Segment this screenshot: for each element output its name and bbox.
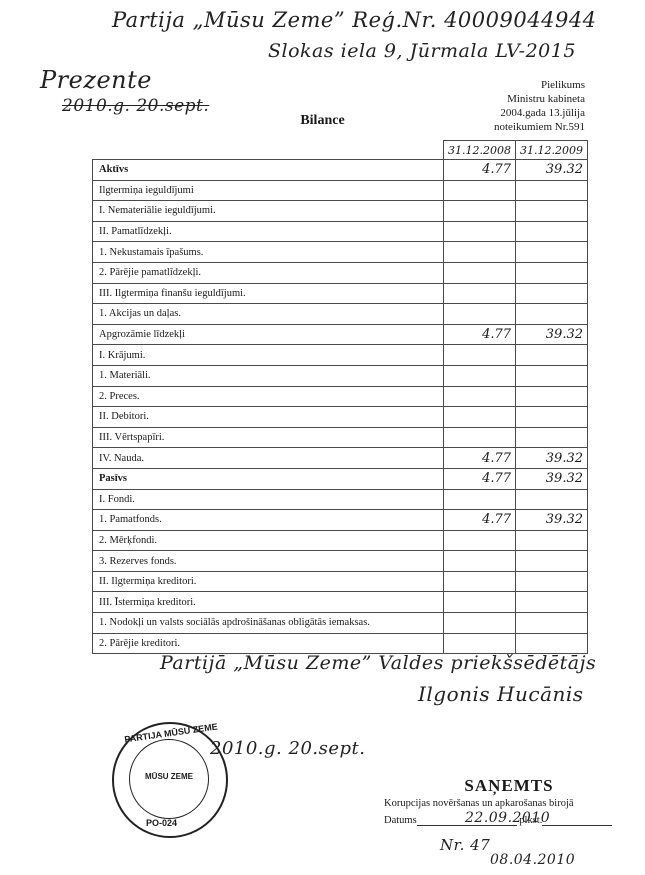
- value-2008: [444, 613, 516, 634]
- seal-inner-ring: MŪSU ZEME: [129, 739, 209, 819]
- handwritten-signature-title: Partijā „Mūsu Zeme” Valdes priekšsēdētāj…: [160, 652, 596, 674]
- received-office: Korupcijas novēršanas un apkarošanas bir…: [384, 798, 634, 809]
- table-row: Apgrozāmie līdzekļi4.7739.32: [93, 324, 588, 345]
- value-2009: [516, 571, 588, 592]
- received-time-line: [542, 815, 612, 826]
- value-2009: [516, 221, 588, 242]
- table-row: I. Krājumi.: [93, 345, 588, 366]
- handwritten-signature-date: 2010.g. 20.sept.: [210, 738, 366, 759]
- party-seal: PARTIJA MŪSU ZEME MŪSU ZEME PO-024: [112, 722, 228, 838]
- value-2008: [444, 633, 516, 654]
- table-row: III. Īstermiņa kreditori.: [93, 592, 588, 613]
- value-2008: 4.77: [444, 448, 516, 469]
- table-row: Aktīvs4.7739.32: [93, 160, 588, 181]
- value-2008: [444, 530, 516, 551]
- value-2009: [516, 180, 588, 201]
- table-row: 2. Mērķfondi.: [93, 530, 588, 551]
- value-2009: [516, 283, 588, 304]
- table-header-row: 31.12.2008 31.12.2009: [93, 141, 588, 160]
- value-2009: [516, 262, 588, 283]
- value-2008: [444, 407, 516, 428]
- value-2008: [444, 221, 516, 242]
- row-label: 3. Rezerves fonds.: [93, 551, 444, 572]
- handwritten-received-date: 22.09.2010: [465, 810, 550, 826]
- handwritten-signature-name: Ilgonis Hucānis: [418, 682, 584, 706]
- value-2009: 39.32: [516, 160, 588, 181]
- value-2008: 4.77: [444, 324, 516, 345]
- handwritten-left-note-name: Prezente: [40, 66, 152, 94]
- value-2009: [516, 345, 588, 366]
- row-label: 2. Mērķfondi.: [93, 530, 444, 551]
- table-row: 1. Akcijas un daļas.: [93, 304, 588, 325]
- value-2008: [444, 345, 516, 366]
- row-label: I. Krājumi.: [93, 345, 444, 366]
- table-row: 1. Nekustamais īpašums.: [93, 242, 588, 263]
- header-label-cell: [93, 141, 444, 160]
- seal-code: PO-024: [146, 818, 177, 828]
- handwritten-address-line: Slokas iela 9, Jūrmala LV-2015: [268, 40, 576, 62]
- table-row: I. Nemateriālie ieguldījumi.: [93, 201, 588, 222]
- value-2009: 39.32: [516, 324, 588, 345]
- row-label: 2. Pārējie kreditori.: [93, 633, 444, 654]
- value-2008: [444, 386, 516, 407]
- table-row: 2. Pārējie kreditori.: [93, 633, 588, 654]
- header-date-2009: 31.12.2009: [516, 141, 588, 160]
- value-2009: [516, 530, 588, 551]
- table-row: Pasīvs4.7739.32: [93, 468, 588, 489]
- table-row: II. Pamatlīdzekļi.: [93, 221, 588, 242]
- received-title: SAŅEMTS: [384, 776, 634, 796]
- row-label: 1. Pamatfonds.: [93, 510, 444, 531]
- table-row: III. Vērtspapīri.: [93, 427, 588, 448]
- value-2009: [516, 592, 588, 613]
- handwritten-received-note-date: 08.04.2010: [490, 852, 575, 868]
- annex-line-2: Ministru kabineta: [494, 92, 585, 106]
- row-label: Aktīvs: [93, 160, 444, 181]
- table-row: II. Ilgtermiņa kreditori.: [93, 571, 588, 592]
- row-label: 1. Materiāli.: [93, 365, 444, 386]
- table-row: Ilgtermiņa ieguldījumi: [93, 180, 588, 201]
- value-2009: [516, 242, 588, 263]
- row-label: 1. Akcijas un daļas.: [93, 304, 444, 325]
- value-2008: [444, 489, 516, 510]
- row-label: III. Ilgtermiņa finanšu ieguldījumi.: [93, 283, 444, 304]
- value-2008: 4.77: [444, 468, 516, 489]
- row-label: Pasīvs: [93, 468, 444, 489]
- value-2009: [516, 427, 588, 448]
- value-2009: [516, 489, 588, 510]
- seal-center-text: MŪSU ZEME: [130, 772, 208, 781]
- value-2008: [444, 180, 516, 201]
- table-row: II. Debitori.: [93, 407, 588, 428]
- value-2009: [516, 304, 588, 325]
- handwritten-party-line: Partija „Mūsu Zeme” Reģ.Nr. 40009044944: [112, 8, 597, 32]
- value-2009: 39.32: [516, 468, 588, 489]
- value-2009: [516, 407, 588, 428]
- table-row: IV. Nauda.4.7739.32: [93, 448, 588, 469]
- row-label: Ilgtermiņa ieguldījumi: [93, 180, 444, 201]
- value-2008: [444, 592, 516, 613]
- value-2009: [516, 365, 588, 386]
- row-label: 1. Nodokļi un valsts sociālās apdrošināš…: [93, 613, 444, 634]
- value-2009: [516, 551, 588, 572]
- value-2008: 4.77: [444, 510, 516, 531]
- row-label: 2. Pārējie pamatlīdzekļi.: [93, 262, 444, 283]
- document-title: Bilance: [0, 113, 645, 129]
- received-date-label: Datums: [384, 815, 417, 826]
- value-2008: [444, 242, 516, 263]
- row-label: III. Vērtspapīri.: [93, 427, 444, 448]
- annex-line-1: Pielikums: [494, 78, 585, 92]
- value-2009: [516, 201, 588, 222]
- row-label: I. Fondi.: [93, 489, 444, 510]
- value-2009: [516, 633, 588, 654]
- row-label: III. Īstermiņa kreditori.: [93, 592, 444, 613]
- value-2008: [444, 551, 516, 572]
- table-row: 2. Preces.: [93, 386, 588, 407]
- balance-table: 31.12.2008 31.12.2009 Aktīvs4.7739.32Ilg…: [92, 140, 588, 654]
- row-label: II. Ilgtermiņa kreditori.: [93, 571, 444, 592]
- handwritten-received-number: Nr. 47: [440, 836, 490, 854]
- table-row: 1. Pamatfonds.4.7739.32: [93, 510, 588, 531]
- table-row: 1. Materiāli.: [93, 365, 588, 386]
- value-2008: [444, 571, 516, 592]
- value-2008: 4.77: [444, 160, 516, 181]
- row-label: II. Pamatlīdzekļi.: [93, 221, 444, 242]
- value-2009: 39.32: [516, 448, 588, 469]
- table-row: III. Ilgtermiņa finanšu ieguldījumi.: [93, 283, 588, 304]
- table-row: 2. Pārējie pamatlīdzekļi.: [93, 262, 588, 283]
- row-label: IV. Nauda.: [93, 448, 444, 469]
- value-2008: [444, 427, 516, 448]
- row-label: 1. Nekustamais īpašums.: [93, 242, 444, 263]
- value-2008: [444, 283, 516, 304]
- row-label: 2. Preces.: [93, 386, 444, 407]
- table-row: 3. Rezerves fonds.: [93, 551, 588, 572]
- value-2008: [444, 365, 516, 386]
- value-2008: [444, 262, 516, 283]
- value-2008: [444, 201, 516, 222]
- value-2009: [516, 386, 588, 407]
- header-date-2008: 31.12.2008: [444, 141, 516, 160]
- value-2009: 39.32: [516, 510, 588, 531]
- table-row: I. Fondi.: [93, 489, 588, 510]
- row-label: II. Debitori.: [93, 407, 444, 428]
- row-label: Apgrozāmie līdzekļi: [93, 324, 444, 345]
- row-label: I. Nemateriālie ieguldījumi.: [93, 201, 444, 222]
- table-row: 1. Nodokļi un valsts sociālās apdrošināš…: [93, 613, 588, 634]
- value-2009: [516, 613, 588, 634]
- value-2008: [444, 304, 516, 325]
